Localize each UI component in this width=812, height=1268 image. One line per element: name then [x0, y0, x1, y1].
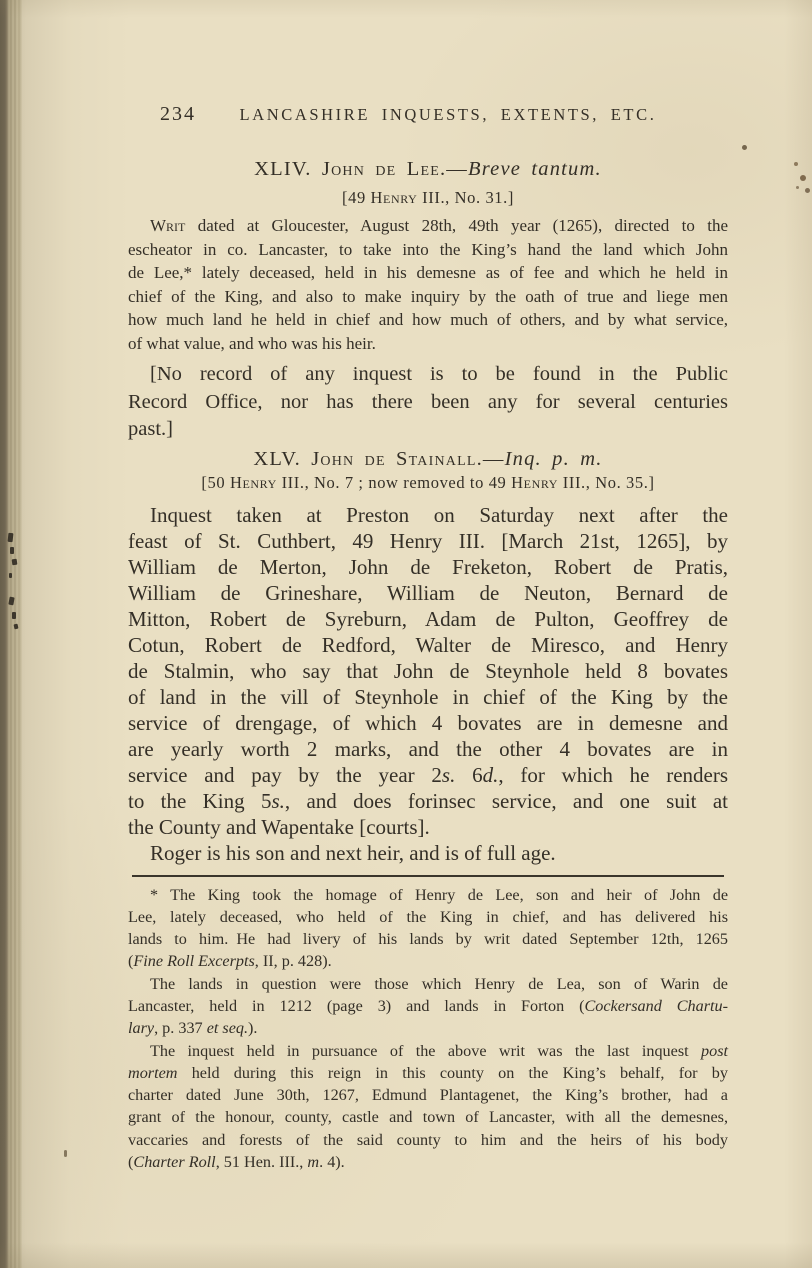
text-segment: chief of the King, and also to make inqu…: [128, 287, 728, 306]
text-segment: Mitton, Robert de Syreburn, Adam de Pult…: [128, 607, 728, 631]
text-line: Record Office, nor has there been any fo…: [128, 389, 728, 417]
text-segment: —: [483, 448, 505, 470]
text-segment: Lancaster, held in 1212 (page 3) and lan…: [128, 997, 584, 1015]
text-line: [No record of any inquest is to be found…: [128, 361, 728, 389]
text-segment: Inquest taken at Preston on Saturday nex…: [150, 503, 728, 527]
text-segment: of land in the vill of Steynhole in chie…: [128, 685, 728, 709]
text-segment: s.: [442, 763, 455, 787]
text-line: grant of the honour, county, castle and …: [128, 1106, 728, 1128]
no-record-paragraph: [No record of any inquest is to be found…: [128, 361, 728, 444]
text-line: service and pay by the year 2s. 6d., for…: [128, 762, 728, 788]
text-segment: de Lee,* lately deceased, held in his de…: [128, 263, 728, 282]
text-line: Cotun, Robert de Redford, Walter de Mire…: [128, 632, 728, 658]
text-segment: dated at Gloucester, August 28th, 49th y…: [185, 216, 728, 235]
text-line: Writ dated at Gloucester, August 28th, 4…: [128, 214, 728, 238]
text-line: Mitton, Robert de Syreburn, Adam de Pult…: [128, 606, 728, 632]
text-line: charter dated June 30th, 1267, Edmund Pl…: [128, 1084, 728, 1106]
text-segment: XLIV.: [254, 158, 322, 180]
book-spine-edge: [0, 0, 22, 1268]
text-segment: ).: [248, 1019, 257, 1037]
writ-paragraph: Writ dated at Gloucester, August 28th, 4…: [128, 214, 728, 355]
text-line: Inquest taken at Preston on Saturday nex…: [128, 502, 728, 528]
foxing-spot: [64, 1150, 67, 1157]
foxing-spot: [800, 175, 806, 181]
text-line: The lands in question were those which H…: [128, 973, 728, 995]
running-title: LANCASHIRE INQUESTS, EXTENTS, ETC.: [128, 105, 768, 125]
text-segment: , p. 337: [154, 1019, 207, 1037]
text-segment: Henry: [230, 473, 277, 492]
text-segment: to the King 5: [128, 789, 271, 813]
text-segment: how much land he held in chief and how m…: [128, 310, 728, 329]
text-segment: of what value, and who was his heir.: [128, 334, 376, 353]
section-xliv-reference: [49 Henry III., No. 31.]: [128, 188, 728, 208]
text-segment: William de Merton, John de Freketon, Rob…: [128, 555, 728, 579]
spine-ink-mark: [8, 533, 14, 542]
text-segment: Record Office, nor has there been any fo…: [128, 391, 728, 413]
text-line: to the King 5s., and does forinsec servi…: [128, 788, 728, 814]
text-segment: Cockersand Chartu-: [584, 997, 728, 1015]
page-header: 234 LANCASHIRE INQUESTS, EXTENTS, ETC.: [128, 102, 728, 128]
text-segment: The lands in question were those which H…: [150, 975, 728, 993]
section-xlv-reference: [50 Henry III., No. 7 ; now removed to 4…: [128, 472, 728, 494]
text-segment: John de Stainall.: [311, 448, 483, 470]
spine-ink-mark: [14, 624, 19, 630]
text-segment: . 4).: [319, 1153, 345, 1171]
text-segment: , 51 Hen. III.,: [216, 1153, 308, 1171]
text-line: chief of the King, and also to make inqu…: [128, 285, 728, 309]
section-xlv-heading: XLV. John de Stainall.—Inq. p. m.: [128, 446, 728, 472]
text-line: (Charter Roll, 51 Hen. III., m. 4).: [128, 1151, 728, 1173]
text-segment: the County and Wapentake [courts].: [128, 815, 430, 839]
foxing-spot: [794, 162, 798, 166]
spine-ink-mark: [10, 547, 14, 554]
text-segment: , and does forinsec service, and one sui…: [285, 789, 728, 813]
text-segment: , II, p. 428).: [255, 952, 332, 970]
spine-ink-mark: [9, 573, 12, 578]
text-line: vaccaries and forests of the said county…: [128, 1129, 728, 1151]
text-segment: are yearly worth 2 marks, and the other …: [128, 737, 728, 761]
text-segment: Lee, lately deceased, who held of the Ki…: [128, 908, 728, 926]
text-segment: feast of St. Cuthbert, 49 Henry III. [Ma…: [128, 529, 728, 553]
text-segment: service of drengage, of which 4 bovates …: [128, 711, 728, 735]
text-segment: service and pay by the year 2: [128, 763, 442, 787]
spine-ink-mark: [12, 559, 18, 566]
text-line: escheator in co. Lancaster, to take into…: [128, 238, 728, 262]
text-line: (Fine Roll Excerpts, II, p. 428).: [128, 950, 728, 972]
text-segment: Henry: [511, 473, 558, 492]
text-segment: , for which he renders: [498, 763, 728, 787]
page-content: XLIV. John de Lee.—Breve tantum.[49 Henr…: [128, 156, 728, 1173]
text-segment: III., No. 7 ; now removed to 49: [277, 473, 511, 492]
text-segment: lands to him. He had livery of his lands…: [128, 930, 728, 948]
text-segment: de Stalmin, who say that John de Steynho…: [128, 659, 728, 683]
inquest-paragraph: Inquest taken at Preston on Saturday nex…: [128, 502, 728, 840]
text-segment: grant of the honour, county, castle and …: [128, 1108, 728, 1126]
text-segment: held during this reign in this county on…: [177, 1064, 728, 1082]
text-line: feast of St. Cuthbert, 49 Henry III. [Ma…: [128, 528, 728, 554]
footnote-1: * The King took the homage of Henry de L…: [128, 884, 728, 973]
text-segment: The inquest held in pursuance of the abo…: [150, 1042, 701, 1060]
text-line: of what value, and who was his heir.: [128, 332, 728, 356]
text-segment: Writ: [150, 216, 185, 235]
text-line: are yearly worth 2 marks, and the other …: [128, 736, 728, 762]
foxing-spot: [796, 186, 799, 189]
text-line: William de Grineshare, William de Neuton…: [128, 580, 728, 606]
text-line: lary, p. 337 et seq.).: [128, 1017, 728, 1039]
text-segment: vaccaries and forests of the said county…: [128, 1131, 728, 1149]
text-segment: et seq.: [207, 1019, 248, 1037]
text-segment: III., No. 31.]: [417, 188, 514, 207]
footnote-2: The lands in question were those which H…: [128, 973, 728, 1040]
text-line: the County and Wapentake [courts].: [128, 814, 728, 840]
text-segment: Breve tantum.: [468, 158, 602, 180]
text-segment: escheator in co. Lancaster, to take into…: [128, 240, 728, 259]
foxing-spot: [805, 188, 810, 193]
text-segment: [49: [342, 188, 371, 207]
heir-paragraph: Roger is his son and next heir, and is o…: [128, 840, 728, 866]
spine-ink-mark: [12, 612, 16, 619]
text-segment: Cotun, Robert de Redford, Walter de Mire…: [128, 633, 728, 657]
text-line: de Lee,* lately deceased, held in his de…: [128, 261, 728, 285]
text-segment: —: [446, 158, 468, 180]
text-segment: III., No. 35.]: [558, 473, 655, 492]
text-segment: William de Grineshare, William de Neuton…: [128, 581, 728, 605]
text-segment: Henry: [371, 188, 418, 207]
text-segment: m: [307, 1153, 319, 1171]
scanned-book-page: { "colors": { "paper": "#e9dfc3", "ink":…: [0, 0, 812, 1268]
footnote-rule: [132, 875, 724, 877]
text-line: * The King took the homage of Henry de L…: [128, 884, 728, 906]
text-line: de Stalmin, who say that John de Steynho…: [128, 658, 728, 684]
text-segment: [No record of any inquest is to be found…: [150, 363, 728, 385]
text-segment: post: [701, 1042, 728, 1060]
text-segment: charter dated June 30th, 1267, Edmund Pl…: [128, 1086, 728, 1104]
text-segment: Fine Roll Excerpts: [133, 952, 254, 970]
text-segment: s.: [271, 789, 284, 813]
foxing-spot: [742, 145, 747, 150]
text-segment: 6: [455, 763, 482, 787]
text-line: William de Merton, John de Freketon, Rob…: [128, 554, 728, 580]
text-line: past.]: [128, 416, 728, 444]
text-segment: * The King took the homage of Henry de L…: [150, 886, 728, 904]
text-line: Roger is his son and next heir, and is o…: [128, 840, 728, 866]
text-line: lands to him. He had livery of his lands…: [128, 928, 728, 950]
text-line: service of drengage, of which 4 bovates …: [128, 710, 728, 736]
text-segment: past.]: [128, 418, 173, 440]
text-segment: d.: [483, 763, 499, 787]
text-segment: Charter Roll: [133, 1153, 215, 1171]
text-segment: [50: [201, 473, 230, 492]
text-line: Lancaster, held in 1212 (page 3) and lan…: [128, 995, 728, 1017]
text-segment: Roger is his son and next heir, and is o…: [150, 841, 556, 865]
footnote-3: The inquest held in pursuance of the abo…: [128, 1040, 728, 1174]
text-line: mortem held during this reign in this co…: [128, 1062, 728, 1084]
text-line: The inquest held in pursuance of the abo…: [128, 1040, 728, 1062]
text-line: of land in the vill of Steynhole in chie…: [128, 684, 728, 710]
text-segment: John de Lee.: [322, 158, 446, 180]
text-segment: lary: [128, 1019, 154, 1037]
text-segment: mortem: [128, 1064, 177, 1082]
text-line: how much land he held in chief and how m…: [128, 308, 728, 332]
text-line: Lee, lately deceased, who held of the Ki…: [128, 906, 728, 928]
text-segment: XLV.: [253, 448, 311, 470]
text-segment: Inq. p. m.: [505, 448, 603, 470]
section-xliv-heading: XLIV. John de Lee.—Breve tantum.: [128, 156, 728, 182]
